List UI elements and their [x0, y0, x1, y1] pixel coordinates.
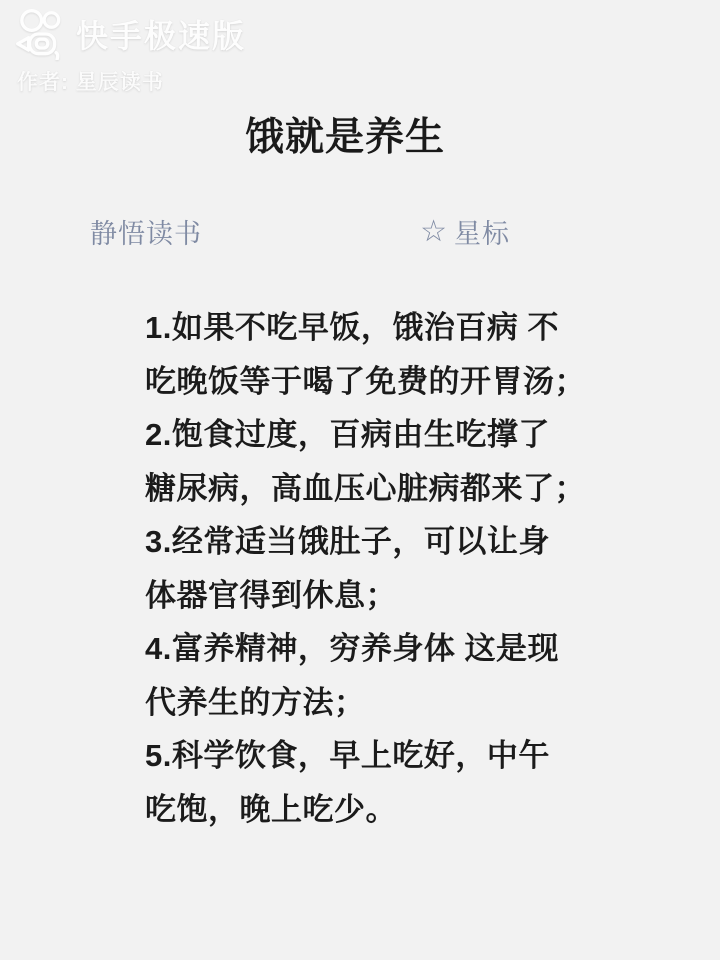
app-logo: 快手极速版 [12, 8, 246, 60]
body-line-4a: 4.富养精神，穷养身体 这是现 [145, 622, 586, 676]
body-line-5b: 吃饱，晚上吃少。 [145, 783, 586, 837]
app-watermark: 快手极速版 作者: 星辰读书 [12, 8, 246, 96]
star-button[interactable]: ☆ 星标 [420, 212, 510, 251]
body-line-3a: 3.经常适当饿肚子，可以让身 [145, 515, 586, 569]
kuaishou-camera-icon [12, 8, 68, 60]
body-line-3b: 体器官得到休息； [145, 569, 586, 623]
article-body: 1.如果不吃早饭，饿治百病 不 吃晚饭等于喝了免费的开胃汤； 2.饱食过度，百病… [145, 301, 586, 836]
body-line-5a: 5.科学饮食，早上吃好，中午 [145, 729, 586, 783]
meta-row: 静悟读书 ☆ 星标 [90, 212, 510, 251]
channel-link[interactable]: 静悟读书 [90, 212, 202, 251]
page-title: 饿就是养生 [0, 106, 690, 162]
body-line-2a: 2.饱食过度，百病由生吃撑了 [145, 408, 586, 462]
body-line-4b: 代养生的方法； [145, 676, 586, 730]
app-name: 快手极速版 [76, 11, 246, 57]
author-watermark: 作者: 星辰读书 [12, 66, 246, 96]
star-icon: ☆ [420, 217, 447, 247]
body-line-1a: 1.如果不吃早饭，饿治百病 不 [145, 301, 586, 355]
kuaishou-image-post: { "page": { "background": "#f2f2f2", "ti… [0, 0, 720, 960]
body-line-2b: 糖尿病，高血压心脏病都来了； [145, 462, 586, 516]
body-line-1b: 吃晚饭等于喝了免费的开胃汤； [145, 355, 586, 409]
star-label: 星标 [454, 212, 510, 251]
